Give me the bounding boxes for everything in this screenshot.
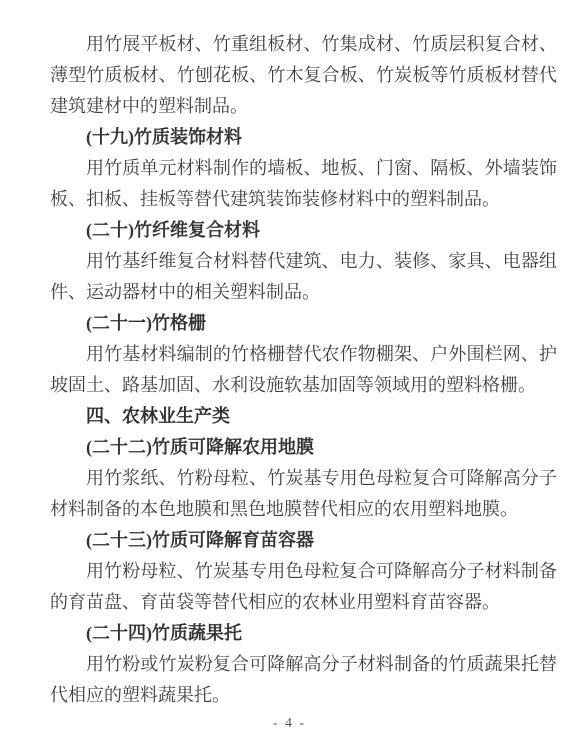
document-page: 用竹展平板材、竹重组板材、竹集成材、竹质层积复合材、薄型竹质板材、竹刨花板、竹木… [0, 0, 579, 749]
body-paragraph: 用竹基材料编制的竹格栅替代农作物棚架、户外围栏网、护坡固土、路基加固、水利设施软… [50, 339, 557, 401]
body-paragraph: 用竹展平板材、竹重组板材、竹集成材、竹质层积复合材、薄型竹质板材、竹刨花板、竹木… [50, 29, 557, 122]
body-paragraph: 用竹粉或竹炭粉复合可降解高分子材料制备的竹质蔬果托替代相应的塑料蔬果托。 [50, 649, 557, 711]
page-content: 用竹展平板材、竹重组板材、竹集成材、竹质层积复合材、薄型竹质板材、竹刨花板、竹木… [0, 0, 579, 711]
body-paragraph: 用竹基纤维复合材料替代建筑、电力、装修、家具、电器组件、运动器材中的相关塑料制品… [50, 246, 557, 308]
item-heading-24: (二十四)竹质蔬果托 [50, 618, 557, 649]
body-paragraph: 用竹粉母粒、竹炭基专用色母粒复合可降解高分子材料制备的育苗盘、育苗袋等替代相应的… [50, 556, 557, 618]
body-paragraph: 用竹浆纸、竹粉母粒、竹炭基专用色母粒复合可降解高分子材料制备的本色地膜和黑色地膜… [50, 463, 557, 525]
body-paragraph: 用竹质单元材料制作的墙板、地板、门窗、隔板、外墙装饰板、扣板、挂板等替代建筑装饰… [50, 153, 557, 215]
item-heading-19: (十九)竹质装饰材料 [50, 122, 557, 153]
item-heading-21: (二十一)竹格栅 [50, 308, 557, 339]
item-heading-22: (二十二)竹质可降解农用地膜 [50, 432, 557, 463]
item-heading-20: (二十)竹纤维复合材料 [50, 215, 557, 246]
page-number: - 4 - [0, 714, 579, 734]
item-heading-23: (二十三)竹质可降解育苗容器 [50, 525, 557, 556]
section-heading-4: 四、农林业生产类 [50, 401, 557, 432]
